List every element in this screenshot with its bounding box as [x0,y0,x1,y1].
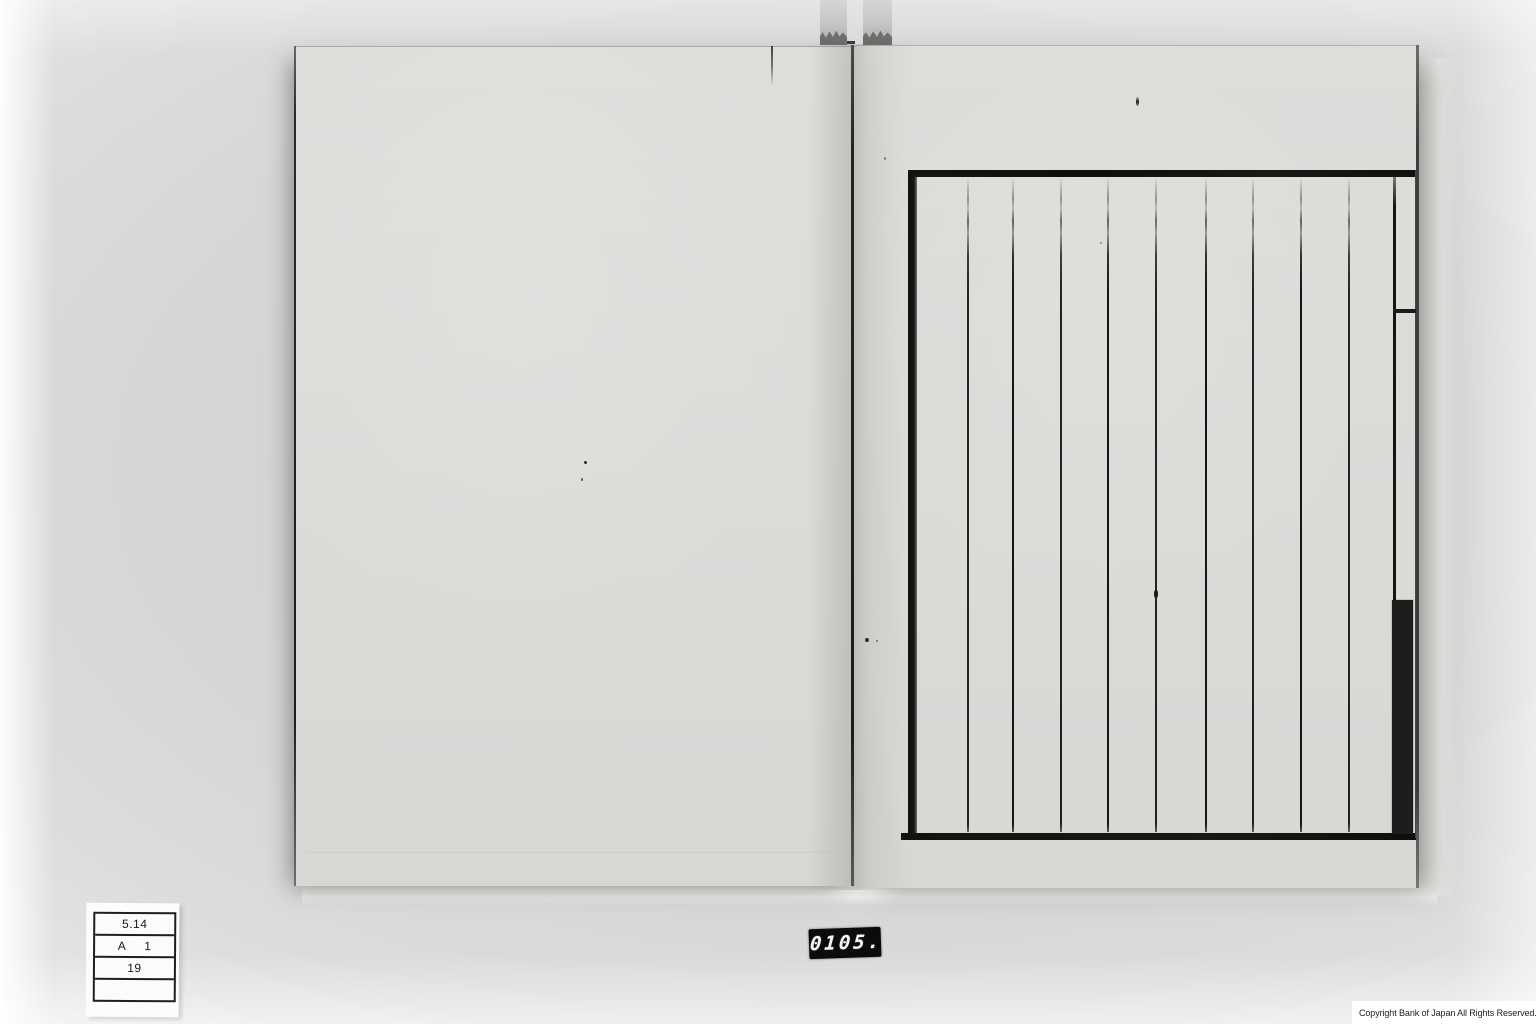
binding-tape-cap [820,29,847,45]
frame-border-left [908,172,917,840]
gutter-page-edge-line [851,45,854,886]
ruled-column-line [1300,177,1302,832]
binding-tape-left [820,0,847,45]
shelf-label-table: 5.14 A 1 19 [93,912,177,1003]
copyright-strip: Copyright Bank of Japan All Rights Reser… [1352,1001,1536,1024]
ruled-column-line [1348,177,1350,832]
volume-number: 19 [127,961,141,975]
ink-speck [1136,97,1139,106]
ruled-column-line [1252,177,1254,832]
ink-blob [1154,590,1158,598]
shelf-label-sticker: 5.14 A 1 19 [86,903,180,1018]
left-blank-page [294,46,856,886]
label-row-volume: 19 [95,956,174,979]
ruling [908,170,1419,838]
frame-counter-display: 0105. [808,927,881,959]
label-row-shelf-number: 5.14 [95,914,174,935]
label-row-series: A 1 [95,934,174,957]
ruled-column-line [1107,177,1109,832]
ink-speck [876,640,878,642]
label-row-empty [95,978,174,1001]
shelf-number: 5.14 [122,917,147,931]
ruled-column-line [1060,177,1062,832]
ink-speck [865,638,869,642]
right-ruled-page [856,45,1419,888]
ruled-column-line [1205,177,1207,832]
series-letter: A [118,936,127,956]
ruled-frame [908,170,1419,838]
series-number: 1 [144,936,151,956]
counter-digits: 0105. [807,931,884,956]
right-page-edge-line [1416,45,1419,888]
ruled-column-line [967,177,969,832]
binding-tape-cap [863,29,892,45]
paper-crease [306,852,834,853]
left-page-edge-line [294,46,296,886]
ink-scratch [771,46,773,86]
ink-bar [1392,600,1413,834]
ink-speck [584,461,587,464]
ruled-column-line [1155,177,1157,832]
archival-scan: 5.14 A 1 19 0105. Copyright Bank of Japa… [0,0,1536,1024]
ink-speck [1100,242,1102,244]
right-page-top-edge [856,45,1419,46]
ruled-column-line [1012,177,1014,832]
binding-tape-right [863,0,892,45]
binding-gutter-shadow [808,44,908,890]
ink-speck [581,478,583,481]
copyright-text: Copyright Bank of Japan All Rights Reser… [1352,1008,1536,1018]
frame-border-bottom [901,833,1417,840]
frame-border-top [908,170,1419,177]
page-stack-edge-right [1419,58,1457,896]
